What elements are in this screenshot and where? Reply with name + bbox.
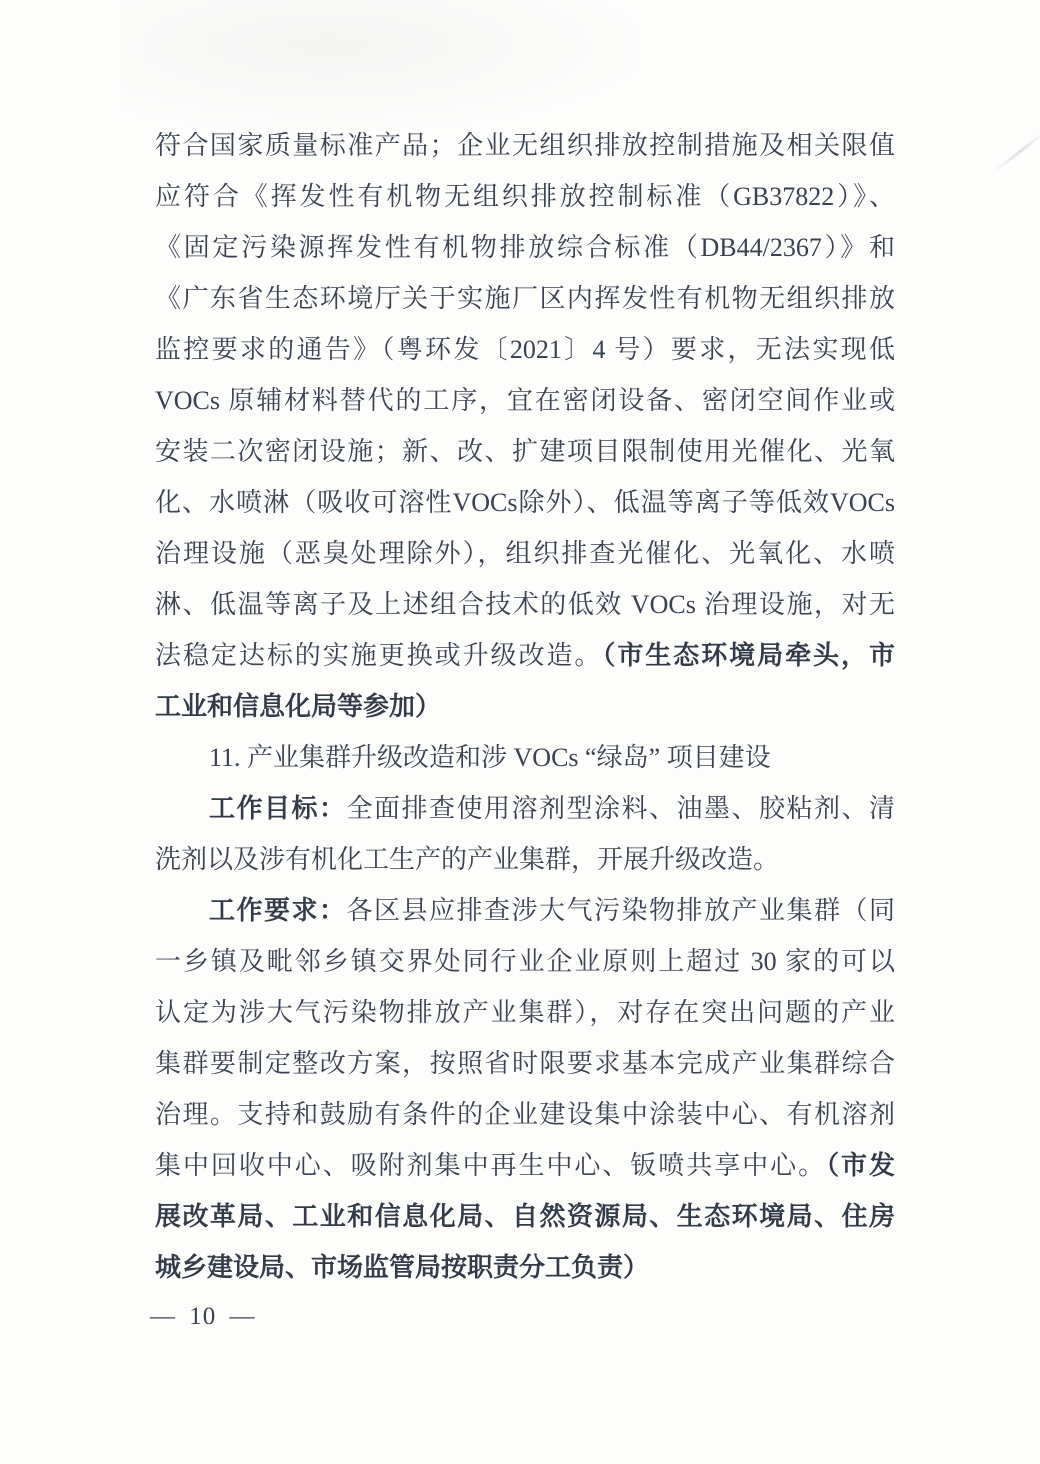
kai-attribution-run: （市发 [826, 1151, 895, 1180]
text-run: 化、水喷淋（吸收可溶性VOCs除外）、低温等离子等低效VOCs [155, 488, 895, 517]
text-line: VOCs 原辅材料替代的工序，宜在密闭设备、密闭空间作业或 [155, 375, 895, 426]
text-line: 集中回收中心、吸附剂集中再生中心、钣喷共享中心。（市发 [155, 1140, 895, 1191]
scan-scratch-artifact [991, 129, 1040, 174]
text-line: 展改革局、工业和信息化局、自然资源局、生态环境局、住房 [155, 1191, 895, 1242]
text-line: 集群要制定整改方案，按照省时限要求基本完成产业集群综合 [155, 1038, 895, 1089]
text-run: 治理设施（恶臭处理除外），组织排查光催化、光氧化、水喷 [155, 539, 895, 568]
section-heading-line: 11. 产业集群升级改造和涉 VOCs “绿岛” 项目建设 [155, 732, 895, 783]
text-line: 一乡镇及毗邻乡镇交界处同行业企业原则上超过 30 家的可以 [155, 936, 895, 987]
text-run: 洗剂以及涉有机化工生产的产业集群，开展升级改造。 [155, 845, 779, 874]
text-run: 一乡镇及毗邻乡镇交界处同行业企业原则上超过 30 家的可以 [155, 947, 895, 976]
text-line: 工作要求：各区县应排查涉大气污染物排放产业集群（同 [155, 885, 895, 936]
kai-attribution-run: 工业和信息化局等参加） [155, 692, 441, 721]
text-line: 化、水喷淋（吸收可溶性VOCs除外）、低温等离子等低效VOCs [155, 477, 895, 528]
text-run: 集中回收中心、吸附剂集中再生中心、钣喷共享中心。 [155, 1151, 826, 1180]
text-line: 淋、低温等离子及上述组合技术的低效 VOCs 治理设施，对无 [155, 579, 895, 630]
document-page: 符合国家质量标准产品；企业无组织排放控制措施及相关限值 应符合《挥发性有机物无组… [0, 0, 1040, 1464]
text-run: VOCs 原辅材料替代的工序，宜在密闭设备、密闭空间作业或 [155, 386, 895, 415]
bold-label-run: 工作要求： [209, 896, 347, 925]
text-line: 《广东省生态环境厅关于实施厂区内挥发性有机物无组织排放 [155, 273, 895, 324]
text-line: 洗剂以及涉有机化工生产的产业集群，开展升级改造。 [155, 834, 895, 885]
text-line: 治理设施（恶臭处理除外），组织排查光催化、光氧化、水喷 [155, 528, 895, 579]
bold-label-run: 工作目标： [209, 794, 347, 823]
text-line: 治理。支持和鼓励有条件的企业建设集中涂装中心、有机溶剂 [155, 1089, 895, 1140]
text-run: 法稳定达标的实施更换或升级改造。 [155, 641, 602, 670]
text-block: 符合国家质量标准产品；企业无组织排放控制措施及相关限值 应符合《挥发性有机物无组… [155, 120, 895, 1293]
text-run: 集群要制定整改方案，按照省时限要求基本完成产业集群综合 [155, 1049, 895, 1078]
scan-smudge-artifact [120, 0, 640, 130]
text-line: 工业和信息化局等参加） [155, 681, 895, 732]
text-run: 《固定污染源挥发性有机物排放综合标准（DB44/2367）》和 [155, 233, 895, 262]
text-run: 安装二次密闭设施；新、改、扩建项目限制使用光催化、光氧 [155, 437, 895, 466]
text-run: 各区县应排查涉大气污染物排放产业集群（同 [347, 896, 895, 925]
text-line: 应符合《挥发性有机物无组织排放控制标准（GB37822）》、 [155, 171, 895, 222]
kai-attribution-run: 城乡建设局、市场监管局按职责分工负责） [155, 1253, 649, 1282]
text-run: 《广东省生态环境厅关于实施厂区内挥发性有机物无组织排放 [155, 284, 895, 313]
section-heading-run: 11. 产业集群升级改造和涉 VOCs “绿岛” 项目建设 [209, 743, 771, 772]
text-run: 符合国家质量标准产品；企业无组织排放控制措施及相关限值 [155, 131, 895, 160]
text-line: 认定为涉大气污染物排放产业集群），对存在突出问题的产业 [155, 987, 895, 1038]
text-line: 城乡建设局、市场监管局按职责分工负责） [155, 1242, 895, 1293]
text-run: 淋、低温等离子及上述组合技术的低效 VOCs 治理设施，对无 [155, 590, 895, 619]
text-line: 工作目标：全面排查使用溶剂型涂料、油墨、胶粘剂、清 [155, 783, 895, 834]
kai-attribution-run: 展改革局、工业和信息化局、自然资源局、生态环境局、住房 [155, 1202, 895, 1231]
kai-attribution-run: （市生态环境局牵头，市 [602, 641, 895, 670]
text-line: 安装二次密闭设施；新、改、扩建项目限制使用光催化、光氧 [155, 426, 895, 477]
text-run: 监控要求的通告》（粤环发〔2021〕4 号）要求，无法实现低 [155, 335, 895, 364]
page-number: — 10 — [150, 1300, 256, 1334]
text-line: 《固定污染源挥发性有机物排放综合标准（DB44/2367）》和 [155, 222, 895, 273]
text-line: 法稳定达标的实施更换或升级改造。（市生态环境局牵头，市 [155, 630, 895, 681]
text-run: 应符合《挥发性有机物无组织排放控制标准（GB37822）》、 [155, 182, 895, 211]
text-line: 监控要求的通告》（粤环发〔2021〕4 号）要求，无法实现低 [155, 324, 895, 375]
text-line: 符合国家质量标准产品；企业无组织排放控制措施及相关限值 [155, 120, 895, 171]
text-run: 治理。支持和鼓励有条件的企业建设集中涂装中心、有机溶剂 [155, 1100, 895, 1129]
text-run: 全面排查使用溶剂型涂料、油墨、胶粘剂、清 [347, 794, 895, 823]
text-run: 认定为涉大气污染物排放产业集群），对存在突出问题的产业 [155, 998, 895, 1027]
